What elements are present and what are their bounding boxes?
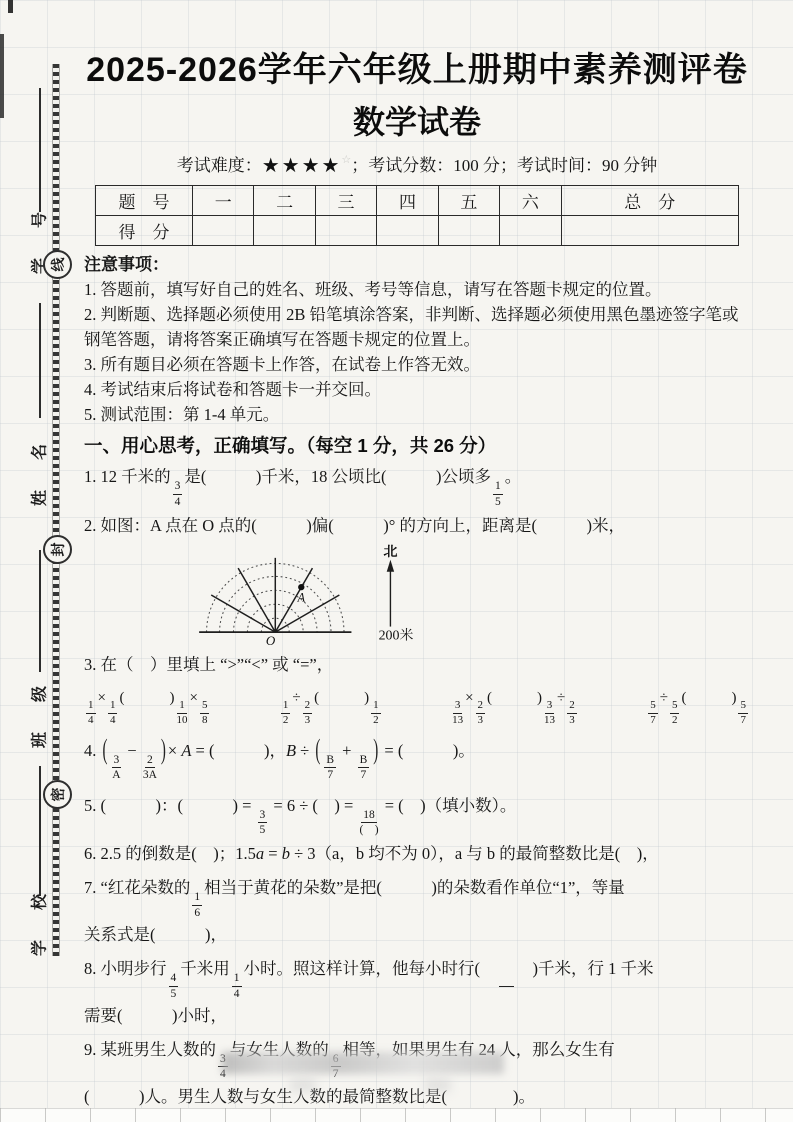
score-table: 题 号 一 二 三 四 五 六 总 分 得 分	[95, 185, 739, 246]
score-cell	[193, 216, 254, 246]
seal-margin: 学 号 姓 名 班 级 学 校 线 封 密	[0, 0, 80, 1122]
question-7: 7. “红花朵数的16相当于黄花的朵数”是把( )的朵数看作单位“1”，等量关系…	[84, 872, 750, 950]
note-item: 3. 所有题目必须在答题卡上作答，在试卷上作答无效。	[84, 352, 750, 377]
question-5: 5. ( )：( ) = 35 = 6 ÷ ( ) = 18( ) = ( )（…	[84, 786, 750, 837]
origin-label: O	[266, 633, 276, 647]
note-item: 1. 答题前，填写好自己的姓名、班级、考号等信息，请写在答题卡规定的位置。	[84, 277, 750, 302]
score-table-header-row: 题 号 一 二 三 四 五 六 总 分	[96, 186, 739, 216]
score-table-header-cell: 五	[438, 186, 499, 216]
question-3-comparisons: 14×14( )110×58 12÷23( )12 313×23( )313÷2…	[84, 680, 750, 727]
score-cell	[561, 216, 738, 246]
name-blank-line	[39, 303, 41, 418]
score-label-cell: 得 分	[96, 216, 193, 246]
score-cell	[254, 216, 315, 246]
note-item: 2. 判断题、选择题必须使用 2B 铅笔填涂答案，非判断、选择题必须使用黑色墨迹…	[84, 302, 750, 352]
score-table-header-cell: 四	[377, 186, 438, 216]
score-table-header-cell: 一	[193, 186, 254, 216]
north-label: 北	[383, 544, 397, 560]
class-label: 班 级	[27, 659, 50, 769]
paper-edge-artifact	[0, 34, 4, 118]
exam-paper-page: { "colors": {"ink": "#161616", "paper": …	[0, 0, 793, 1122]
question-8: 8. 小明步行45千米用14小时。照这样计算，他每小时行( )千米，行 1 千米…	[84, 953, 750, 1031]
seal-circle-mi: 密	[43, 780, 72, 809]
question-4: 4. (3A − 23A)× A = ( )，B ÷ (B7 + B7) = (…	[84, 731, 750, 782]
point-a-label: A	[297, 591, 306, 605]
score-table-header-cell: 三	[315, 186, 376, 216]
paper-subtitle: 数学试卷	[84, 103, 750, 141]
comparison-item: 57÷52( )57	[646, 680, 750, 727]
north-arrow-icon	[387, 560, 394, 627]
question-1: 1. 12 千米的34是( )千米，18 公顷比( )公顷多15。	[84, 462, 750, 508]
watermark-blur-bar	[222, 1052, 504, 1074]
page-title: 2025-2026学年六年级上册期中素养测评卷	[84, 50, 750, 91]
score-table-header-cell: 二	[254, 186, 315, 216]
comparison-item: 313×23( )313÷23	[450, 680, 579, 727]
compass-diagram-svg: A O 北 200米	[142, 543, 442, 647]
note-item: 4. 考试结束后将试卷和答题卡一并交回。	[84, 377, 750, 402]
score-table-header-cell: 六	[500, 186, 561, 216]
difficulty-star-faint-icon: ☆	[341, 154, 351, 166]
seal-dotted-line	[52, 64, 60, 956]
score-table-header-cell: 总 分	[561, 186, 738, 216]
exam-info-line: 考试难度：★★★★☆；考试分数：100 分；考试时间：90 分钟	[84, 151, 750, 177]
question-3-intro: 3. 在（ ）里填上 “>”“<” 或 “=”，	[84, 650, 750, 680]
name-label: 姓 名	[27, 417, 50, 527]
school-label: 学 校	[27, 867, 50, 977]
question-2: 2. 如图：A 点在 O 点的( )偏( )° 的方向上，距离是( )米，	[84, 511, 750, 541]
score-cell	[438, 216, 499, 246]
difficulty-stars-icon: ★★★★	[262, 155, 342, 177]
notes-title: 注意事项：	[84, 253, 750, 277]
score-cell	[500, 216, 561, 246]
note-item: 5. 测试范围：第 1-4 单元。	[84, 402, 750, 427]
section-1-title: 一、用心思考，正确填写。（每空 1 分，共 26 分）	[84, 432, 750, 459]
score-cell	[315, 216, 376, 246]
point-a-dot	[298, 584, 304, 590]
content-column: 2025-2026学年六年级上册期中素养测评卷 数学试卷 考试难度：★★★★☆；…	[84, 0, 750, 1112]
exam-info-rest: ；考试分数：100 分；考试时间：90 分钟	[351, 156, 657, 175]
direction-diagram: A O 北 200米	[142, 543, 750, 647]
score-table-header-cell: 题 号	[96, 186, 193, 216]
watermark-blob	[290, 1078, 316, 1092]
paper-edge-artifact-top	[8, 0, 13, 13]
comparison-item: 12÷23( )12	[279, 680, 383, 727]
score-table-score-row: 得 分	[96, 216, 739, 246]
question-6: 6. 2.5 的倒数是( )；1.5a = b ÷ 3（a，b 均不为 0），a…	[84, 839, 750, 869]
difficulty-label: 考试难度：	[177, 156, 262, 175]
seal-circle-feng: 封	[43, 535, 72, 564]
watermark-blob	[425, 1078, 451, 1092]
scale-label: 200米	[379, 627, 414, 644]
direction-rays	[199, 558, 351, 632]
seal-circle-xian: 线	[43, 250, 72, 279]
bottom-ruler-strip	[0, 1108, 793, 1122]
class-blank-line	[39, 550, 41, 672]
score-cell	[377, 216, 438, 246]
student-id-label: 学 号	[27, 185, 50, 295]
